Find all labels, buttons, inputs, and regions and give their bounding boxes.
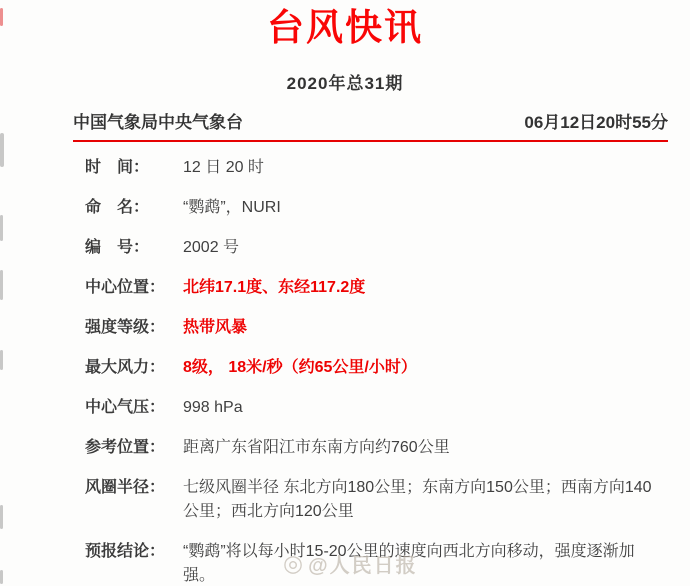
field-value: “鹦鹉”将以每小时15-20公里的速度向西北方向移动，强度逐渐加强。 [183,540,654,586]
field-value: 2002 号 [183,236,654,260]
field-row-name: 命 名： “鹦鹉”，NURI [85,196,690,220]
issuing-agency: 中国气象局中央气象台 [73,112,243,133]
field-row-central-pressure: 中心气压： 998 hPa [85,396,690,420]
scan-artifact [0,8,3,26]
field-label: 强度等级： [85,316,183,340]
field-row-max-wind: 最大风力： 8级， 18米/秒（约65公里/小时） [85,356,690,380]
scan-artifact [0,570,3,584]
field-label: 中心位置： [85,276,183,300]
field-rows: 时 间： 12 日 20 时 命 名： “鹦鹉”，NURI 编 号： 2002 … [0,156,690,586]
field-row-time: 时 间： 12 日 20 时 [85,156,690,180]
bulletin-title: 台风快讯 [0,0,690,50]
field-value: 998 hPa [183,396,654,420]
scan-artifact [0,505,3,529]
field-row-reference-position: 参考位置： 距离广东省阳江市东南方向约760公里 [85,436,690,460]
field-value: 热带风暴 [183,316,654,340]
bulletin-header: 中国气象局中央气象台 06月12日20时55分 [73,112,668,133]
field-label: 风圈半径： [85,476,183,524]
scan-artifact [0,133,4,167]
field-label: 最大风力： [85,356,183,380]
field-row-number: 编 号： 2002 号 [85,236,690,260]
scan-artifact [0,215,3,241]
scan-artifact [0,270,3,300]
field-label: 命 名： [85,196,183,220]
field-value: 七级风圈半径 东北方向180公里；东南方向150公里；西南方向140公里；西北方… [183,476,654,524]
field-value: “鹦鹉”，NURI [183,196,654,220]
scan-artifact [0,350,3,370]
red-divider-line [73,140,668,142]
field-value: 北纬17.1度、东经117.2度 [183,276,654,300]
field-row-forecast-conclusion: 预报结论： “鹦鹉”将以每小时15-20公里的速度向西北方向移动，强度逐渐加强。 [85,540,690,586]
field-label: 中心气压： [85,396,183,420]
field-label: 时 间： [85,156,183,180]
field-row-center-position: 中心位置： 北纬17.1度、东经117.2度 [85,276,690,300]
field-row-wind-circle-radius: 风圈半径： 七级风圈半径 东北方向180公里；东南方向150公里；西南方向140… [85,476,690,524]
field-label: 预报结论： [85,540,183,586]
field-value: 12 日 20 时 [183,156,654,180]
issue-number: 2020年总31期 [0,74,690,94]
field-value: 8级， 18米/秒（约65公里/小时） [183,356,654,380]
field-row-intensity: 强度等级： 热带风暴 [85,316,690,340]
issue-datetime: 06月12日20时55分 [524,112,668,133]
field-label: 编 号： [85,236,183,260]
field-value: 距离广东省阳江市东南方向约760公里 [183,436,654,460]
field-label: 参考位置： [85,436,183,460]
